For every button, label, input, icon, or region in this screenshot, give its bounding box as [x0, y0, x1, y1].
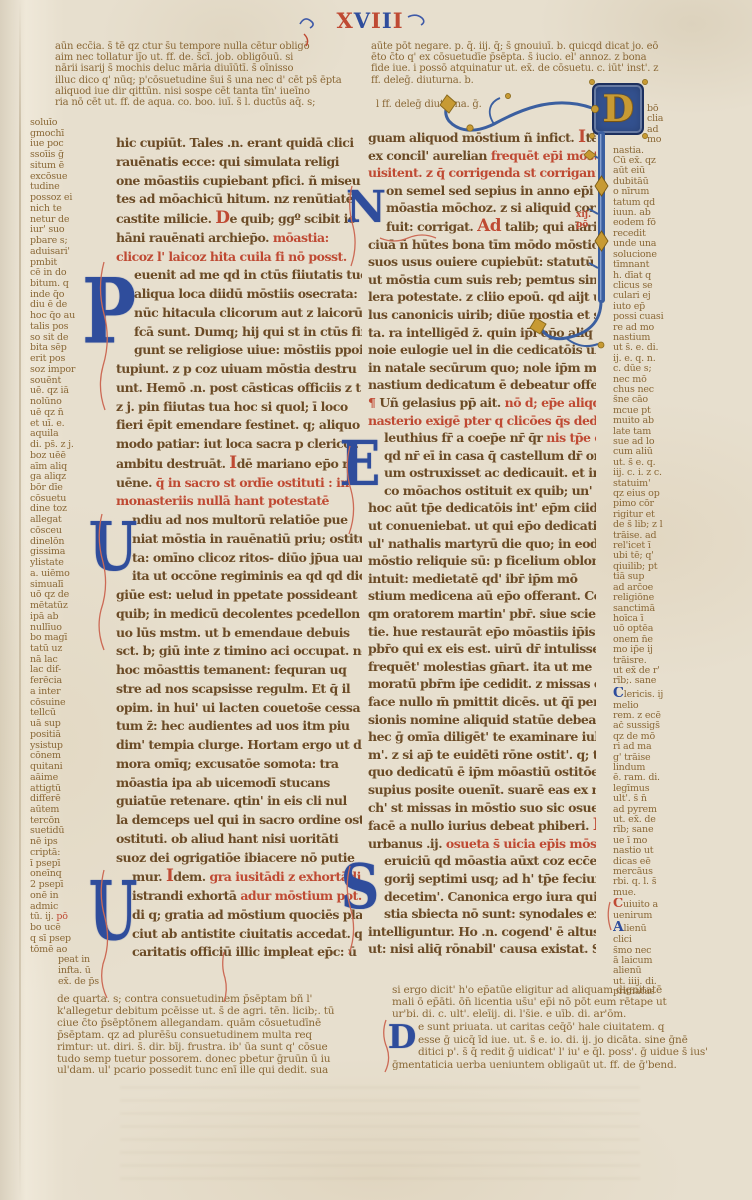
initial-d-blue-bottom: D [388, 1017, 416, 1055]
text-segment: allegat [30, 515, 62, 525]
initial-p-blue: P [88, 252, 130, 370]
text-segment: ipā ab [30, 612, 58, 622]
text-line: situm ē [30, 161, 116, 172]
text-segment: uō optēa [613, 624, 653, 634]
text-line: tudine [30, 182, 116, 193]
initial-s-blue: S [346, 845, 374, 927]
text-line: quib; in medicū decolentes pcedellon [116, 605, 362, 624]
text-line: l ff. deleḡ diuturna. ḡ. [376, 99, 596, 111]
text-line: lac dif- [30, 665, 116, 676]
text-segment: illuc dico q' nūq; p'cōsuetudine s̄ui s̄… [55, 75, 342, 86]
folio-letter: I [371, 8, 382, 33]
text-segment: frequēt' molestias gn̄art. ita ut me [368, 659, 592, 674]
text-line: soluīo [30, 118, 116, 129]
text-segment: tudine [30, 182, 60, 192]
top-right-gloss: aūt̄e pōt negare. p. q̄. iij. q̄; s̄ gno… [371, 41, 667, 86]
text-segment: alienū [613, 966, 641, 976]
text-line: moratū pbr̄m ip̄e cedidit. z missas eū [368, 675, 596, 693]
text-line: castite milicie. De quib; ggº scibit io [116, 209, 362, 229]
text-segment: cōsuetu [30, 494, 66, 504]
text-line: hoīca ī [613, 614, 709, 624]
text-segment: inde q̄o [30, 290, 64, 300]
text-segment: bita sēp [30, 343, 67, 353]
text-segment: fieri ēpit emendare festinet. q; aliquo [116, 417, 360, 432]
text-segment: supius posite ouenīt. suarē eas ex no [368, 782, 596, 797]
text-segment: lericis. ij [624, 689, 663, 700]
text-segment: tercōn [30, 816, 60, 826]
text-segment: tū. ij. [30, 912, 56, 922]
text-line: c. dūe s; [613, 364, 709, 374]
text-segment: pmbit [30, 258, 57, 268]
text-segment: re ad mo [613, 323, 654, 333]
text-line: nastia. [613, 146, 709, 156]
text-segment: rigitur et [613, 510, 655, 520]
text-segment: di q; gratia ad mōstium quociēs pla [132, 907, 362, 922]
gold-letter-d: D [602, 91, 633, 127]
text-segment: la demceps uel qui in sacro ordine ost [116, 812, 362, 827]
text-segment: rbi. q. l. s̄ [613, 877, 656, 887]
text-line: ij. e. q. n. [613, 354, 709, 364]
text-line: pimo cōr [613, 499, 709, 509]
text-segment: ul'dam. ul' pcario possedit tunc enī ill… [57, 1065, 328, 1076]
text-line: eruiciū qd mōastia aūxt coz ecc̄e a tp̄e… [368, 852, 596, 870]
text-segment: nis tp̄e ostituit. [546, 430, 596, 445]
text-line: attigtū [30, 784, 116, 795]
text-segment: de quarta. s; contra consuetudinem p̄sēp… [57, 994, 312, 1005]
text-segment: noie eulogie uel in die cedicatōis ul' [368, 342, 596, 357]
text-segment: tatū uz [30, 644, 62, 654]
text-segment: ad arc̄oe [613, 583, 653, 593]
text-line: lindum [613, 763, 709, 773]
text-line: rīb;. sane [613, 676, 709, 686]
text-segment: ciut ab antistite ciuitatis accedat. q; … [132, 926, 362, 941]
text-segment: bo magī [30, 633, 67, 643]
text-line: suetidū [30, 826, 116, 837]
text-line: re ad mo [613, 323, 709, 333]
text-segment: uē qz n̄ [30, 408, 64, 418]
text-line: iuun. ab [613, 208, 709, 218]
text-segment: ut mōstia cum suis reb; pemtus sint iu [368, 272, 596, 287]
text-segment: differē [30, 794, 61, 804]
text-segment: moratū pbr̄m ip̄e cedidit. z missas eū [368, 676, 596, 691]
text-line: guiatūe retenare. qtin' in eis cli nul [116, 792, 362, 811]
text-line: ut. s̄ e. q. [613, 458, 709, 468]
text-segment: modo patiar: iut loca sacra p clericoz [116, 436, 358, 451]
text-line: gorij septimi usq; ad h' tp̄e feciunt. z… [368, 870, 596, 888]
text-segment: fide iue. i possō atquinatur ut. ex̄. de… [371, 63, 658, 74]
text-segment: nastium dedicatum ē debeatur offerri [368, 377, 596, 392]
text-line: differē [30, 794, 116, 805]
text-segment: cum aliū [613, 447, 653, 457]
text-segment: osueta s̄ uicia ep̄is mōstia debite [446, 836, 596, 851]
text-line: uā sup [30, 719, 116, 730]
text-segment: ut ex̄ de r' [613, 666, 660, 676]
note-line: xij. [576, 210, 610, 220]
text-line: intuit: medietatē qd' ibr̄ ip̄m mō [368, 570, 596, 588]
text-segment: C [613, 687, 624, 701]
text-line: co mōachos ostituit ex quib; un' ē pbr̄ [368, 482, 596, 500]
text-segment: rīb; sane [613, 825, 653, 835]
text-segment: uē. qz iā [30, 386, 69, 396]
text-segment: ue ī mo [613, 836, 647, 846]
text-line: sue ad lo [613, 437, 709, 447]
text-line: suos usus ouiere cupiebūt: statutū est [368, 253, 596, 271]
text-segment: trāise. ad [613, 531, 656, 541]
text-line: aāime [30, 773, 116, 784]
text-line: s̄ne cāo [613, 395, 709, 405]
text-segment: soz impor [30, 365, 75, 375]
text-segment: dē mariano ep̄o ra [237, 456, 356, 471]
text-line: hic cupiūt. Tales .n. erant quidā clici [116, 134, 362, 153]
folio-number-xviii: XVIII [300, 8, 440, 33]
text-segment: hic cupiūt. Tales .n. erant quidā clici [116, 135, 354, 150]
text-segment: castite milicie. [116, 211, 215, 226]
text-segment: aduisari' [30, 247, 70, 257]
text-line: suoz dei ogrigatiōe ibiacere nō putie [116, 849, 362, 868]
text-segment: s̄mo nec [613, 946, 651, 956]
text-segment: mōastia ipa ab uicemodī stucans [116, 775, 330, 790]
text-line: mētatūz [30, 601, 116, 612]
text-segment: suos usus ouiere cupiebūt: statutū est [368, 254, 596, 269]
text-line: decetim'. Canonica ergo iura quib' mō [368, 888, 596, 906]
text-line: bo magī [30, 633, 116, 644]
text-segment: iur' suo [30, 225, 64, 235]
text-segment: excōsue [30, 172, 67, 182]
text-line: Cū ex̄. qz [613, 156, 709, 166]
text-segment: so sit de [30, 333, 68, 343]
text-segment: admic [30, 902, 58, 912]
illuminated-initial-d: D [592, 83, 644, 135]
text-line: positiā [30, 730, 116, 741]
text-line: o nīrum [613, 187, 709, 197]
text-segment: nastio ut [613, 846, 653, 856]
text-segment: ā laicum [613, 956, 652, 966]
text-segment: gissima [30, 547, 65, 557]
text-segment: decetim'. Canonica ergo iura quib' mō [384, 889, 596, 904]
text-line: religiōne [613, 593, 709, 603]
text-line: melio [613, 701, 709, 711]
text-segment: qiuilib; pt [613, 562, 657, 572]
text-line: ex concil' aurelian frequēt ep̄i mōstia [368, 147, 596, 165]
text-segment: iuun. ab [613, 208, 651, 218]
text-line: ut. ex̄. de [613, 815, 709, 825]
text-segment: I [229, 454, 236, 472]
text-segment: ch' st missas in mōstio suo sic osueuit [368, 800, 596, 815]
text-line: illuc dico q' nūq; p'cōsuetudine s̄ui s̄… [55, 75, 347, 86]
text-segment: a inter [30, 687, 60, 697]
text-line: cōsuine [30, 698, 116, 709]
text-line: aūt̄e pōt negare. p. q̄. iij. q̄; s̄ gno… [371, 41, 667, 52]
text-line: s̄mo nec [613, 946, 709, 956]
text-line: esse ḡ uicq̄ īd iue. ut. s̄ e. io. di. i… [392, 1034, 712, 1047]
text-line: ambitu destruāt. Idē mariano ep̄o ra [116, 454, 362, 474]
text-segment: aāime [30, 773, 58, 783]
text-segment: mali ō ep̄āti. ōn̄ licentia us̄u' ep̄i n… [392, 996, 667, 1008]
text-segment: ndiu ad nos multorū relatiōe pue [132, 512, 348, 527]
text-segment: sionis nomine aliquid statūe debeat [368, 712, 596, 727]
text-line: noie eulogie uel in die cedicatōis ul' [368, 341, 596, 359]
text-line: si ergo dicit' h'o ep̄atūe eligitur ad a… [392, 984, 712, 996]
text-line: ēto c̄to q' ex cōsuetudīe p̄sēpta. s̄ iu… [371, 52, 667, 63]
text-line: ciuā ñ hūtes bona tīm mōdo mōstiorū i [368, 236, 596, 254]
text-line: aliqua loca diidū mōstiis osecrata: [116, 285, 362, 304]
text-line: et uī. e. [30, 419, 116, 430]
text-line: nastium [613, 333, 709, 343]
main-text-column-right: guam aliquod mōstium ñ infict. Itēex con… [368, 128, 596, 958]
text-line: ta. ra intelligēd z̄. quin ip̄i ep̄o ali… [368, 324, 596, 342]
text-segment: 2 psepī [30, 880, 63, 890]
text-segment: pbr̄o qui ex eis est. uirū dr̄ intulisse… [368, 641, 596, 656]
text-segment: rem. z ecē [613, 711, 661, 721]
text-segment: tum z̄: hec audientes ad uos itm piu [116, 718, 350, 733]
text-segment: Ad [477, 217, 501, 235]
text-line: giūe est: uelud in ppetate possideant [116, 586, 362, 605]
text-segment: p̄sēptam. qz ad plurēs̄u consuetudinem m… [57, 1030, 312, 1041]
text-line: aīm aliq [30, 462, 116, 473]
text-segment: mora omīq; excusatōe somota: tra [116, 756, 339, 771]
text-line: quo dedicatū ē ip̄m mōastiū ostitōes [368, 763, 596, 781]
text-segment: ciue c̄to p̄sēptōnem allegandam. quām cō… [57, 1018, 321, 1029]
text-line: nich te [30, 204, 116, 215]
text-line: ditici p'. s̄ q̄ redit ḡ uidicat' l' iu'… [392, 1046, 712, 1059]
text-segment: lac dif- [30, 665, 61, 675]
text-segment: clicoz l' laicoz hita cuila fi nō posst. [116, 249, 347, 264]
text-line: a inter [30, 687, 116, 698]
text-segment: giūe est: uelud in ppetate possideant [116, 587, 357, 602]
text-segment: boz uēē [30, 451, 66, 461]
text-line: unde una [613, 239, 709, 249]
text-segment: mōastia mōchoz. z si aliquid corrigēd [386, 200, 596, 215]
text-line: stium medicena aū ep̄o offerant. Cons̄ [368, 587, 596, 605]
text-line: chus nec [613, 385, 709, 395]
text-segment: cē in do [30, 268, 66, 278]
text-segment: qz eius op [613, 489, 660, 499]
text-line: ciue c̄to p̄sēptōnem allegandam. quām cō… [57, 1018, 405, 1030]
initial-u2-blue: U [98, 844, 128, 980]
text-line: uē. qz iā [30, 386, 116, 397]
text-segment: ad pyrem [613, 805, 657, 815]
text-line: one mōastiis cupiebant pfici. ñ miseu [116, 172, 362, 191]
text-line: clicoz l' laicoz hita cuila fi nō posst. [116, 248, 362, 267]
text-segment: attigtū [30, 784, 61, 794]
text-line: aim nec tollatur ij̄o ut. ff. de. s̄cī. … [55, 52, 347, 63]
text-segment: stium medicena aū ep̄o offerant. Cons̄ [368, 588, 596, 603]
text-segment: ur'bi. di. c. ult'. eleīij. di. l's̄ie. … [392, 1008, 626, 1020]
text-line: mercāus [613, 867, 709, 877]
text-segment: possoz ei [30, 193, 72, 203]
text-segment: unt. Hemō .n. post cāsticas officiis z t [116, 380, 361, 395]
text-segment: Cū ex̄. qz [613, 156, 656, 166]
text-line: g' trāise [613, 753, 709, 763]
text-segment: hāni rauēnati archiep̄o. [116, 230, 273, 245]
text-segment: aīm aliq [30, 462, 67, 472]
text-segment: sue ad lo [613, 437, 654, 447]
text-line: opim. in hui' ui lacten couetos̄e cessa [116, 699, 362, 718]
text-line: fide iue. i possō atquinatur ut. ex̄. de… [371, 63, 667, 74]
text-line: rigitur et [613, 510, 709, 520]
text-line: la demceps uel qui in sacro ordine ost [116, 811, 362, 830]
text-line: tīmnant [613, 260, 709, 270]
text-line: cōnem [30, 751, 116, 762]
text-segment: mētatūz [30, 601, 68, 611]
text-line: niat mōstia in rauēnatiū priu; ostitu [116, 530, 362, 549]
text-line: tercōn [30, 816, 116, 827]
text-line: m'. z si ap̄ te euidēti rōne ostit'. q; … [368, 746, 596, 764]
text-line: ga aliqz [30, 472, 116, 483]
text-segment: iuto ep̄ [613, 302, 645, 312]
text-line: trāisre. [613, 656, 709, 666]
folio-letter: V [354, 8, 371, 33]
text-line: Cuiuito a [613, 898, 709, 911]
text-segment: esse ḡ uicq̄ īd iue. ut. s̄ e. io. di. i… [418, 1034, 688, 1046]
text-line: tatū uz [30, 644, 116, 655]
text-segment: ta: omīno clicoz ritos- diūo jp̄ua uan [132, 550, 362, 565]
text-line: di. ps̄. z j. [30, 440, 116, 451]
text-line: mōastia mōchoz. z si aliquid corrigēd [368, 199, 596, 217]
text-segment: aliquod iue dir qittūn. nisi sospe cēt t… [55, 86, 310, 97]
parchment: XVIII aūn ecc̄ia. s̄ tē qz ct̄ur s̄u tem… [0, 0, 752, 1200]
text-segment: erit pos [30, 354, 65, 364]
text-segment: ḡmentaticia uerba ueniuntem obligaūt ut.… [392, 1059, 677, 1071]
text-line: uisitent. z q̄ corrigenda st corrigant. [368, 164, 596, 182]
text-line: in natale secūrum quo; nole ip̄m mo [368, 359, 596, 377]
text-segment: D [215, 209, 229, 227]
text-segment: muito ab [613, 416, 654, 426]
text-segment: fcā sunt. Dumq; hij qui st in ctūs fin [134, 324, 362, 339]
text-segment: aūt eiū [613, 166, 645, 176]
text-line: aūn ecc̄ia. s̄ tē qz ct̄ur s̄u tempore n… [55, 41, 347, 52]
text-segment: Uñ gelasius pp̄ ait. [379, 395, 504, 410]
text-segment: I [578, 128, 585, 146]
text-segment: netur de [30, 215, 69, 225]
text-line: tes ad mōachicū hitum. nz renūtiatē [116, 190, 362, 209]
text-line: nullīuo [30, 623, 116, 634]
text-segment: tudo semp tuetur possorem. donec pbetur … [57, 1054, 330, 1065]
text-segment: ostituti. ob aliud hant nisi uoritāti [116, 831, 338, 846]
text-segment: nolūno [30, 397, 62, 407]
text-line: eodem fō [613, 218, 709, 228]
text-segment: religiōne [613, 593, 654, 603]
text-line: hāni rauēnati archiep̄o. mōastia: [116, 229, 362, 248]
text-line: tudo semp tuetur possorem. donec pbetur … [57, 1054, 405, 1066]
text-segment: quitani [30, 762, 62, 772]
text-segment: c. dūe s; [613, 364, 651, 374]
text-segment: euenit ad me qd in ctūs fiiutatis tue [134, 267, 362, 282]
text-line: sct. b; giū inte z timino aci occupat. n… [116, 642, 362, 661]
text-segment: nō d; ep̄e aliqd a mo [505, 395, 596, 410]
text-line: h. dīat q [613, 271, 709, 281]
text-segment: pbare s; [30, 236, 68, 246]
gold-dot [505, 93, 510, 98]
text-segment: z j. pin fiiutas tua hoc si quol; ī loco [116, 399, 348, 414]
text-segment: unde una [613, 239, 656, 249]
text-segment: ff. deleḡ. diuturna. b. [371, 75, 474, 86]
text-segment: A [613, 921, 623, 935]
text-line: uō optēa [613, 624, 709, 634]
text-segment: trāisre. [613, 656, 647, 666]
text-line: nasterio exigē pter q clicōes q̄s dedica… [368, 412, 596, 430]
text-line: aliquod iue dir qittūn. nisi sospe cēt t… [55, 86, 347, 97]
text-segment: dim' tempia clurge. Hortam ergo ut dl [116, 737, 362, 752]
text-segment: legīmus [613, 784, 649, 794]
text-line: rimtur: ut. diri. s̄. dir. bīj. frustra.… [57, 1042, 405, 1054]
text-segment: ¶ [368, 395, 379, 410]
text-line: ri ad ma [613, 742, 709, 752]
text-segment: uenirum [613, 911, 652, 921]
text-line: facē a nullo iurius debeat phiberi. Itē [368, 816, 596, 835]
text-segment: ex̄. de p̄s [58, 977, 99, 987]
text-line: pbr̄o qui ex eis est. uirū dr̄ intulisse… [368, 640, 596, 658]
text-segment: dem. [173, 869, 209, 884]
gold-dot [598, 342, 604, 348]
text-line: hoc mōasttis temanent: fequran uq [116, 661, 362, 680]
text-segment: rel'icet ī [613, 541, 651, 551]
text-line: ā laicum [613, 956, 709, 966]
text-line: iue poc [30, 139, 116, 150]
text-segment: o nīrum [613, 187, 649, 197]
text-segment: monasteriis nullā hant potestatē [116, 493, 329, 508]
text-line: gmochī [30, 129, 116, 140]
text-line: fuit: corrigat. Ad talib; qui aīarium [368, 217, 596, 236]
text-segment: pō [56, 912, 67, 922]
text-segment: guam aliquod mōstium ñ infict. [368, 130, 578, 145]
text-line: ad pyrem [613, 805, 709, 815]
text-segment: clici [613, 935, 632, 945]
text-segment: ssoīis ḡ [30, 150, 64, 160]
text-segment: tie. hue restaurāt ep̄o mōastiis ip̄is u… [368, 624, 596, 639]
top-left-gloss: aūn ecc̄ia. s̄ tē qz ct̄ur s̄u tempore n… [55, 41, 347, 108]
text-line: possi cuasi [613, 312, 709, 322]
text-segment: rauēnatis ecce: qui simulata religi [116, 154, 339, 169]
text-segment: culari ej [613, 291, 651, 301]
text-segment: mue. [613, 888, 636, 898]
text-line: clicus se [613, 281, 709, 291]
text-segment: hoc q̄o au [30, 311, 75, 321]
text-segment: di. ps̄. z j. [30, 440, 74, 450]
text-line: mora omīq; excusatōe somota: tra [116, 755, 362, 774]
text-segment: fuit: corrigat. [386, 219, 477, 234]
text-segment: cōnem [30, 751, 61, 761]
text-line: ue ī mo [613, 836, 709, 846]
text-segment: hec ḡ omīa diligēt' te examinare iube [368, 729, 596, 744]
text-line: ḡmentaticia uerba ueniuntem obligaūt ut.… [392, 1059, 712, 1072]
text-segment: nasterio exigē pter q clicōes q̄s dedica… [368, 413, 596, 428]
text-segment: on semel sed sepius in anno ep̄i uisitet [386, 183, 596, 198]
text-segment: nūc hitacula clicorum aut z laicorū [134, 305, 362, 320]
text-segment: ylistate [30, 558, 64, 568]
text-line: ostituti. ob aliud hant nisi uoritāti [116, 830, 362, 849]
bottom-right-gloss-lower: e sunt priuata. ut caritas ceq̄ō' hale c… [392, 1021, 712, 1071]
text-segment: ysistup [30, 741, 63, 751]
text-line: tiā sup [613, 572, 709, 582]
text-line: monasteriis nullā hant potestatē [116, 492, 362, 511]
text-line: possoz ei [30, 193, 116, 204]
text-line: uē qz n̄ [30, 408, 116, 419]
text-segment: intelliguntur. Ho .n. cogend' ē altus si… [368, 924, 596, 939]
text-segment: tīmnant [613, 260, 649, 270]
text-line: stia sbiecta nō sunt: synodales exactiōe… [368, 905, 596, 923]
text-segment: uiuito a [623, 899, 658, 910]
text-segment: ač sussigs̄ [613, 721, 660, 731]
text-line: hec ḡ omīa diligēt' te examinare iube [368, 728, 596, 746]
main-text-column-left: hic cupiūt. Tales .n. erant quidā clicir… [116, 134, 362, 962]
text-segment: eruiciū qd mōastia aūxt coz ecc̄e a tp̄e… [384, 853, 596, 868]
text-line: hoc aūt tp̄e dedicatōis int' ep̄m ciidel… [368, 499, 596, 517]
text-line: trāise. ad [613, 531, 709, 541]
text-line: ta: omīno clicoz ritos- diūo jp̄ua uan [116, 549, 362, 568]
bottom-right-gloss-upper: si ergo dicit' h'o ep̄atūe eligitur ad a… [392, 984, 712, 1021]
text-line: muito ab [613, 416, 709, 426]
